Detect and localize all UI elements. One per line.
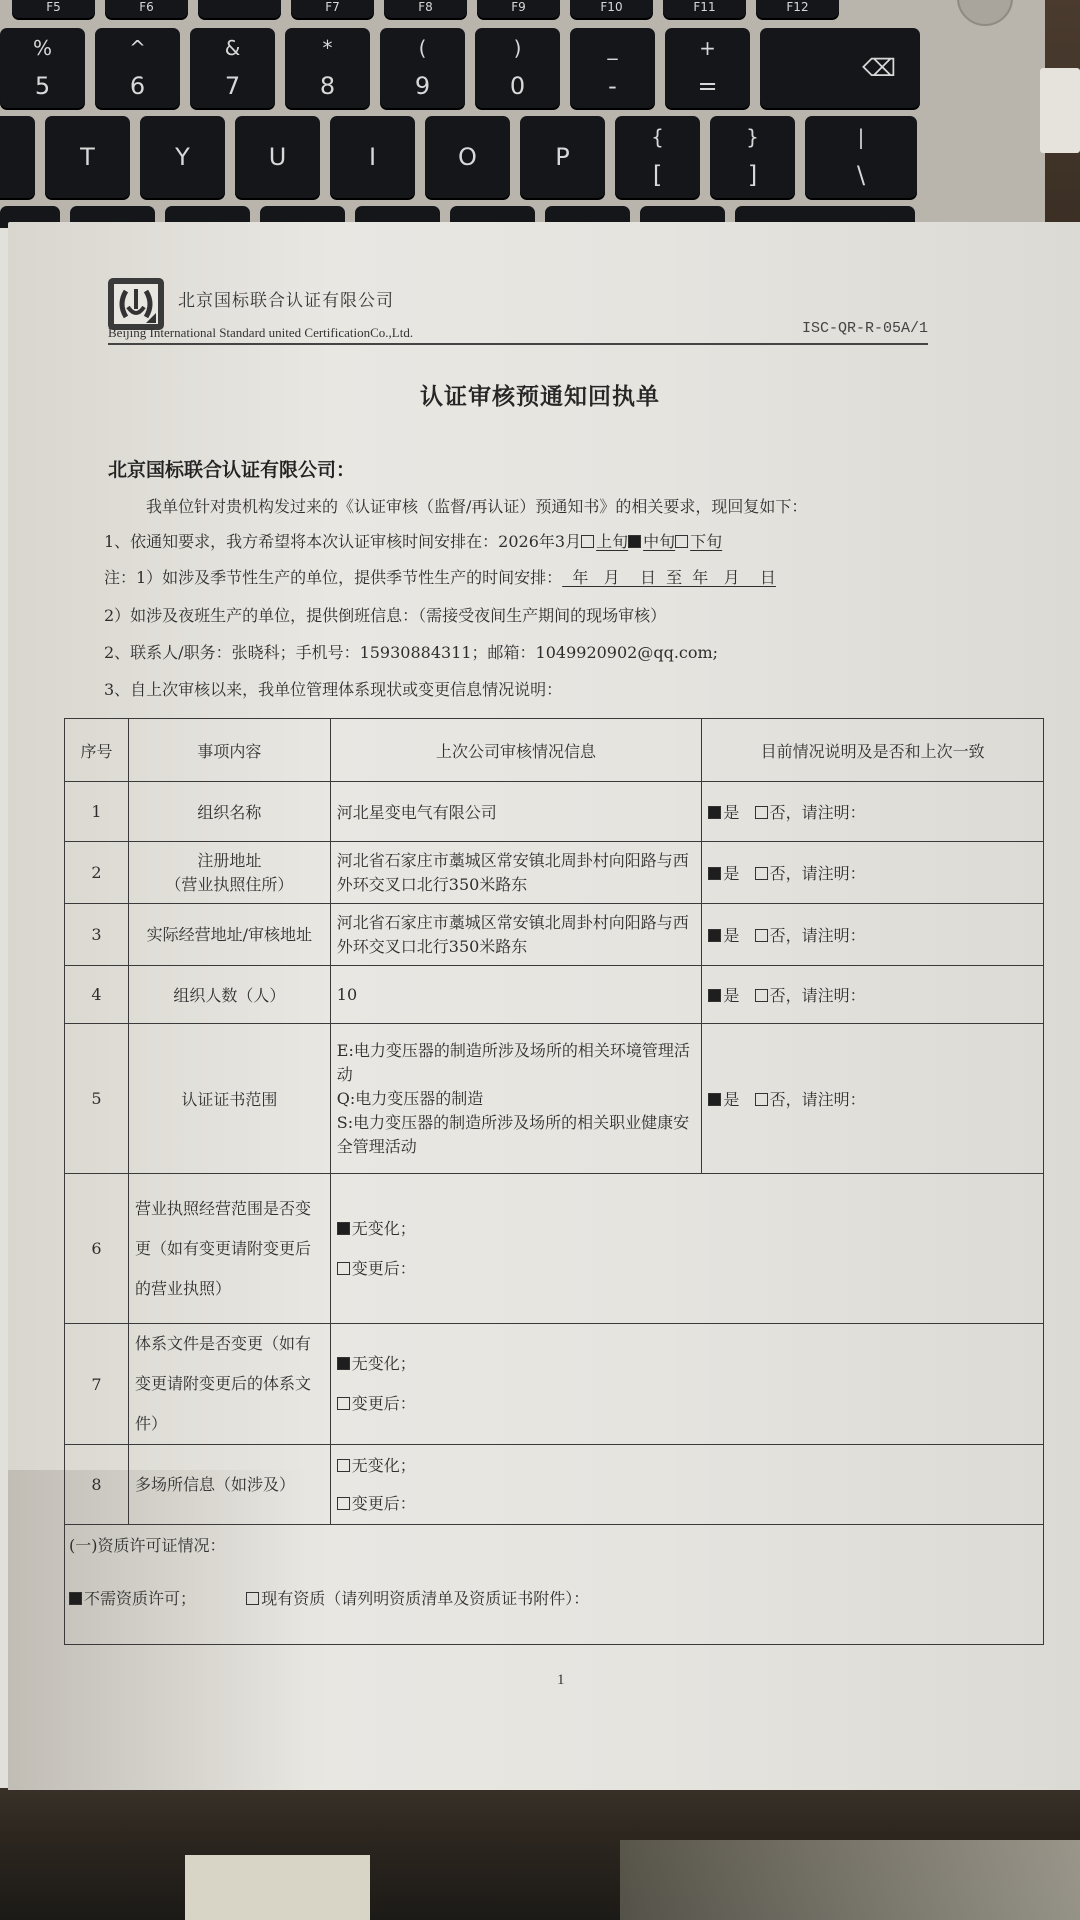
option-early-month-label: 上旬 [596,532,628,551]
period-options: 上旬中旬下旬 [581,532,722,551]
key-6: ^6 [95,28,180,108]
no-label: 否，请注明： [770,986,866,1005]
document-header: 北京国标联合认证有限公司 Beijing International Stand… [108,276,928,346]
checkbox-no[interactable] [755,989,768,1002]
header-current-status: 目前情况说明及是否和上次一致 [702,719,1044,782]
checkbox-no[interactable] [755,1093,768,1106]
changed-label: 变更后： [352,1259,416,1278]
no-label: 否，请注明： [770,803,866,822]
checkbox-unchanged[interactable] [337,1459,350,1472]
table-row: 5 认证证书范围 E:电力变压器的制造所涉及场所的相关环境管理活动 Q:电力变压… [65,1024,1044,1174]
key-f9: F9 [477,0,560,18]
checkbox-no[interactable] [755,867,768,880]
key-y: Y [140,116,225,198]
intro-paragraph: 我单位针对贵机构发过来的《认证审核（监督/再认证）预通知书》的相关要求，现回复如… [146,494,807,517]
note-1-text: 注：1）如涉及季节性生产的单位，提供季节性生产的时间安排： [104,568,562,587]
key-media [198,0,281,18]
checkbox-yes[interactable] [708,1093,721,1106]
table-row: 4 组织人数（人） 10 是 否，请注明： [65,966,1044,1024]
key-f5: F5 [12,0,95,18]
qualification-options: 不需资质许可； 现有资质（请列明资质清单及资质证书附件）： [69,1586,1039,1609]
row-no: 7 [65,1324,129,1445]
key-backslash: |\ [805,116,917,198]
letter-key-row: T Y U I O P {[ }] |\ [0,116,917,198]
yes-label: 是 [723,864,739,883]
no-label: 否，请注明： [770,926,866,945]
unchanged-label: 无变化； [352,1354,416,1373]
page-number: 1 [557,1672,565,1689]
charger-plug [1040,68,1080,153]
company-name-en: Beijing International Standard united Ce… [108,325,413,341]
table-row: 2 注册地址 （营业执照住所） 河北省石家庄市藁城区常安镇北周卦村向阳路与西外环… [65,842,1044,904]
backspace-icon: ⌫ [862,56,896,80]
yes-label: 是 [723,926,739,945]
row-previous-value: 河北省石家庄市藁城区常安镇北周卦村向阳路与西外环交叉口北行350米路东 [330,842,702,904]
checkbox-no[interactable] [755,929,768,942]
checkbox-late-month[interactable] [675,535,688,548]
row-no: 1 [65,782,129,842]
option-mid-month-label: 中旬 [643,532,675,551]
seasonal-date-range-field[interactable]: 年 月 日 至 年 月 日 [562,568,776,587]
item-1-text: 1、依通知要求，我方希望将本次认证审核时间安排在：2026年3月 [104,532,581,551]
row-consistency-choice: 是 否，请注明： [702,904,1044,966]
row-previous-value: E:电力变压器的制造所涉及场所的相关环境管理活动 Q:电力变压器的制造 S:电力… [330,1024,702,1174]
key-bracket-left: {[ [615,116,700,198]
qualification-section: (一)资质许可证情况： 不需资质许可； 现有资质（请列明资质清单及资质证书附件）… [65,1525,1044,1645]
item-3-changes: 3、自上次审核以来，我单位管理体系现状或变更信息情况说明： [104,677,562,700]
checkbox-changed[interactable] [337,1497,350,1510]
no-qualification-label: 不需资质许可； [84,1589,196,1608]
salutation: 北京国标联合认证有限公司： [108,455,355,482]
row-change-status: 无变化； 变更后： [330,1174,1043,1324]
table-header-row: 序号 事项内容 上次公司审核情况信息 目前情况说明及是否和上次一致 [65,719,1044,782]
row-consistency-choice: 是 否，请注明： [702,782,1044,842]
key-r-partial [0,116,35,198]
unchanged-label: 无变化； [352,1456,416,1475]
changed-label: 变更后： [352,1494,416,1513]
header-item: 事项内容 [128,719,330,782]
key-o: O [425,116,510,198]
checkbox-early-month[interactable] [581,535,594,548]
item-1-schedule: 1、依通知要求，我方希望将本次认证审核时间安排在：2026年3月上旬中旬下旬 [104,529,722,552]
key-backspace: ⌫ [760,28,920,108]
yes-label: 是 [723,986,739,1005]
row-no: 5 [65,1024,129,1174]
row-change-status: 无变化； 变更后： [330,1324,1043,1445]
key-f8: F8 [384,0,467,18]
row-previous-value: 河北星变电气有限公司 [330,782,702,842]
yes-label: 是 [723,803,739,822]
header-previous-info: 上次公司审核情况信息 [330,719,702,782]
key-minus: _- [570,28,655,108]
key-f12: F12 [756,0,839,18]
function-key-row: F5 F6 F7 F8 F9 F10 F11 F12 [12,0,839,18]
checkbox-yes[interactable] [708,989,721,1002]
row-item: 认证证书范围 [128,1024,330,1174]
checkbox-no[interactable] [755,806,768,819]
row-change-status: 无变化； 变更后： [330,1445,1043,1525]
changed-label: 变更后： [352,1394,416,1413]
row-consistency-choice: 是 否，请注明： [702,1024,1044,1174]
row-previous-value: 河北省石家庄市藁城区常安镇北周卦村向阳路与西外环交叉口北行350米路东 [330,904,702,966]
table-row: 7 体系文件是否变更（如有变更请附变更后的体系文件） 无变化； 变更后： [65,1324,1044,1445]
key-9: (9 [380,28,465,108]
checkbox-changed[interactable] [337,1397,350,1410]
floor-reflection [620,1840,1080,1920]
note-2-night-shift: 2）如涉及夜班生产的单位，提供倒班信息：（需接受夜间生产期间的现场审核） [104,603,666,626]
checkbox-no-qualification-required[interactable] [69,1592,82,1605]
isc-logo-icon [108,278,164,330]
company-name-cn: 北京国标联合认证有限公司 [178,286,394,311]
row-item: 组织名称 [128,782,330,842]
audit-info-table: 序号 事项内容 上次公司审核情况信息 目前情况说明及是否和上次一致 1 组织名称… [64,718,1044,1645]
key-8: *8 [285,28,370,108]
checkbox-yes[interactable] [708,806,721,819]
no-label: 否，请注明： [770,1090,866,1109]
key-0: )0 [475,28,560,108]
row-item: 组织人数（人） [128,966,330,1024]
row-item: 多场所信息（如涉及） [128,1445,330,1525]
qualification-heading: (一)资质许可证情况： [69,1533,1039,1556]
header-divider [108,343,928,345]
existing-qualification-label: 现有资质（请列明资质清单及资质证书附件）： [261,1589,589,1608]
yes-label: 是 [723,1090,739,1109]
row-item: 实际经营地址/审核地址 [128,904,330,966]
row-no: 3 [65,904,129,966]
row-consistency-choice: 是 否，请注明： [702,842,1044,904]
row-no: 8 [65,1445,129,1525]
number-key-row: %5 ^6 &7 *8 (9 )0 _- += ⌫ [0,28,920,108]
key-f10: F10 [570,0,653,18]
checkbox-unchanged[interactable] [337,1222,350,1235]
checkbox-unchanged[interactable] [337,1357,350,1370]
key-i: I [330,116,415,198]
unchanged-label: 无变化； [352,1219,416,1238]
qualification-row: (一)资质许可证情况： 不需资质许可； 现有资质（请列明资质清单及资质证书附件）… [65,1525,1044,1645]
no-label: 否，请注明： [770,864,866,883]
key-bracket-right: }] [710,116,795,198]
table-row: 6 营业执照经营范围是否变更（如有变更请附变更后的营业执照） 无变化； 变更后： [65,1174,1044,1324]
key-u: U [235,116,320,198]
key-7: &7 [190,28,275,108]
option-late-month-label: 下旬 [690,532,722,551]
document-code: ISC-QR-R-05A/1 [802,320,928,337]
key-f7: F7 [291,0,374,18]
row-no: 4 [65,966,129,1024]
floor-object [185,1855,370,1920]
row-item: 体系文件是否变更（如有变更请附变更后的体系文件） [128,1324,330,1445]
table-row: 1 组织名称 河北星变电气有限公司 是 否，请注明： [65,782,1044,842]
row-previous-value: 10 [330,966,702,1024]
key-t: T [45,116,130,198]
key-5: %5 [0,28,85,108]
checkbox-existing-qualification[interactable] [246,1592,259,1605]
key-equals: += [665,28,750,108]
checkbox-changed[interactable] [337,1262,350,1275]
row-item: 注册地址 （营业执照住所） [128,842,330,904]
document-title: 认证审核预通知回执单 [0,378,1080,411]
row-consistency-choice: 是 否，请注明： [702,966,1044,1024]
header-no: 序号 [65,719,129,782]
item-2-contact: 2、联系人/职务：张晓科；手机号：15930884311；邮箱：10499209… [104,640,718,663]
checkbox-mid-month[interactable] [628,535,641,548]
table-row: 8 多场所信息（如涉及） 无变化； 变更后： [65,1445,1044,1525]
logo-mark [116,285,156,323]
table-row: 3 实际经营地址/审核地址 河北省石家庄市藁城区常安镇北周卦村向阳路与西外环交叉… [65,904,1044,966]
checkbox-yes[interactable] [708,929,721,942]
key-p: P [520,116,605,198]
key-f6: F6 [105,0,188,18]
row-no: 2 [65,842,129,904]
key-f11: F11 [663,0,746,18]
note-1-seasonal: 注：1）如涉及季节性生产的单位，提供季节性生产的时间安排： 年 月 日 至 年 … [104,565,776,588]
row-item: 营业执照经营范围是否变更（如有变更请附变更后的营业执照） [128,1174,330,1324]
checkbox-yes[interactable] [708,867,721,880]
row-no: 6 [65,1174,129,1324]
